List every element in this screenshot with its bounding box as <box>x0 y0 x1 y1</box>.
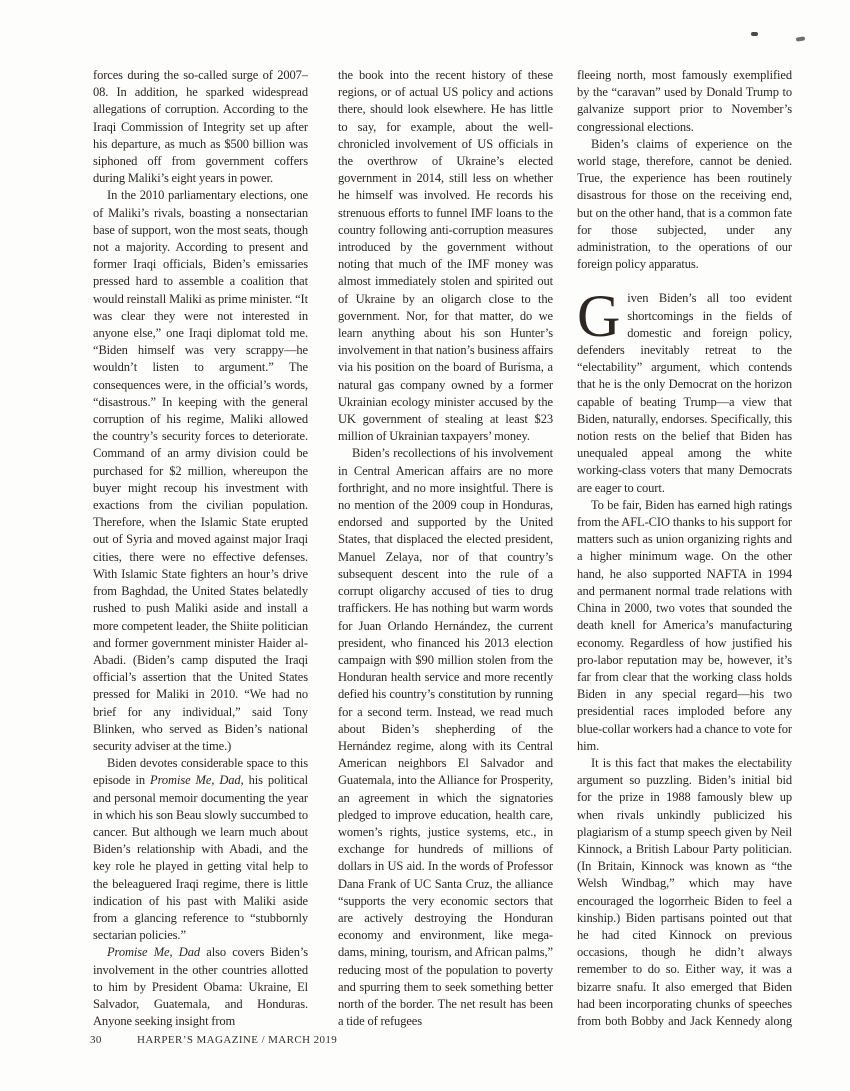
paragraph: Biden’s recollections of his involvement… <box>338 445 553 1030</box>
text-column-3: fleeing north, most famously exemplified… <box>577 67 792 1030</box>
paragraph: It is this fact that makes the electabil… <box>577 755 792 1030</box>
paragraph: the book into the recent history of thes… <box>338 67 553 445</box>
text-run: , his political and personal memoir docu… <box>93 773 308 942</box>
text-run: fleeing north, most famously exemplified… <box>577 68 792 134</box>
italic-text-run: Promise Me, Dad <box>107 945 200 959</box>
paragraph: Promise Me, Dad also covers Biden’s invo… <box>93 944 308 1030</box>
text-run: In the 2010 parliamentary elections, one… <box>93 188 308 753</box>
paragraph: Biden devotes considerable space to this… <box>93 755 308 944</box>
magazine-page: forces during the so-called surge of 200… <box>0 0 850 1091</box>
text-run: It is this fact that makes the electabil… <box>577 756 792 1030</box>
paragraph: To be fair, Biden has earned high rating… <box>577 497 792 755</box>
text-run: the book into the recent history of thes… <box>338 68 553 443</box>
page-number: 30 <box>90 1034 102 1046</box>
text-run: forces during the so-called surge of 200… <box>93 68 308 185</box>
italic-text-run: Promise Me, Dad <box>150 773 241 787</box>
text-run: To be fair, Biden has earned high rating… <box>577 498 792 753</box>
scan-speck-icon <box>796 36 805 41</box>
text-run: Biden’s claims of experience on the worl… <box>577 137 792 271</box>
paragraph: In the 2010 parliamentary elections, one… <box>93 187 308 755</box>
text-run: Biden’s recollections of his involvement… <box>338 446 553 1028</box>
paragraph: Given Biden’s all too evident shortcomin… <box>577 290 792 496</box>
magazine-credit: HARPER’S MAGAZINE / MARCH 2019 <box>137 1034 337 1046</box>
page-footer: 30 HARPER’S MAGAZINE / MARCH 2019 <box>90 1034 337 1046</box>
scan-speck-icon <box>751 32 758 36</box>
paragraph: fleeing north, most famously exemplified… <box>577 67 792 136</box>
text-column-2: the book into the recent history of thes… <box>338 67 553 1030</box>
text-column-1: forces during the so-called surge of 200… <box>93 67 308 1030</box>
dropcap-letter: G <box>577 290 627 341</box>
paragraph: Biden’s claims of experience on the worl… <box>577 136 792 274</box>
paragraph: forces during the so-called surge of 200… <box>93 67 308 187</box>
